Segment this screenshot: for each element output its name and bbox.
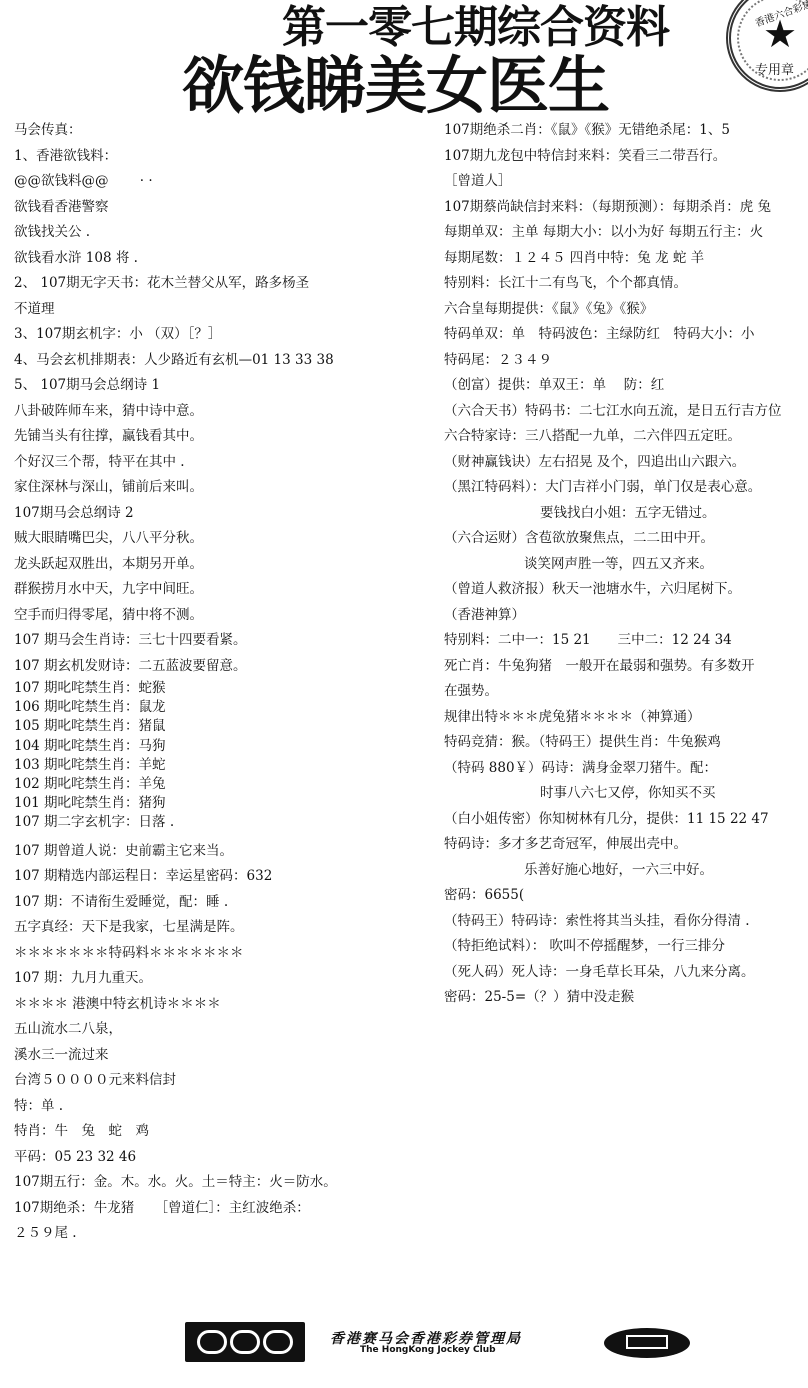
star-icon: ★ <box>763 15 797 53</box>
text-line: ［曾道人］ <box>444 169 808 195</box>
text-line: （曾道人救济报）秋天一池塘水牛，六归尾树下。 <box>444 577 808 603</box>
text-line: 在强势。 <box>444 679 808 705</box>
page-subtitle: 欲钱睇美女医生 <box>182 52 609 120</box>
text-line: ２５９尾 . <box>14 1221 434 1247</box>
list-item: 104 期叱咤禁生肖：马狗 <box>14 737 434 756</box>
text-line: 不道理 <box>14 297 434 323</box>
text-line: 特码诗：多才多艺奇冠军，伸展出壳中。 <box>444 832 808 858</box>
text-line: 特别料：二中一：15 21 三中二：12 24 34 <box>444 628 808 654</box>
list-item: 102 期叱咤禁生肖：羊兔 <box>14 775 434 794</box>
poem-line: 八卦破阵师车来，猜中诗中意。 <box>14 399 434 425</box>
text-line: 107 期马会生肖诗：三七十四要看紧。 <box>14 628 434 654</box>
text-line: 107 期精选内部运程日：幸运星密码：632 <box>14 864 434 890</box>
text-line: 4、马会玄机排期表：人少路近有玄机—01 13 33 38 <box>14 348 434 374</box>
page-title: 第一零七期综合资料 <box>282 2 669 54</box>
text-line: 107期绝杀二肖：《鼠》《猴》无错绝杀尾：1、5 <box>444 118 808 144</box>
text-line: （白小姐传密）你知树林有几分，提供：11 15 22 47 <box>444 807 808 833</box>
hkjc-emblem-icon <box>185 1322 305 1362</box>
text-line: 死亡肖：牛兔狗猪 一般开在最弱和强势。有多数开 <box>444 654 808 680</box>
text-line: 特码单双：单 特码波色：主绿防红 特码大小：小 <box>444 322 808 348</box>
list-item: 107 期叱咤禁生肖：蛇猴 <box>14 679 434 698</box>
poem-line: 贼大眼睛嘴巴尖，八八平分秋。 <box>14 526 434 552</box>
text-line: 107 期曾道人说：史前霸主它来当。 <box>14 839 434 865</box>
text-line: （死人码）死人诗：一身毛草长耳朵，八九来分离。 <box>444 960 808 986</box>
text-line: 5、 107期马会总纲诗 1 <box>14 373 434 399</box>
text-line: 107 期玄机发财诗：二五蓝波要留意。 <box>14 654 434 680</box>
text-line: 107 期：九月九重天。 <box>14 966 434 992</box>
text-line: 欲钱看水浒 108 将 . <box>14 246 434 272</box>
text-line: 2、 107期无字天书：花木兰替父从军，路多杨圣 <box>14 271 434 297</box>
text-line: 每期单双：主单 每期大小：以小为好 每期五行主：火 <box>444 220 808 246</box>
text-line: （创富）提供：单双王：单 防：红 <box>444 373 808 399</box>
text-line: 每期尾数：１２４５ 四肖中特：兔 龙 蛇 羊 <box>444 246 808 272</box>
lottery-emblem-icon <box>604 1328 690 1358</box>
text-line: 欲钱看香港警察 <box>14 195 434 221</box>
text-line: 特码尾：２３４９ <box>444 348 808 374</box>
ban-zodiac-list: 107 期叱咤禁生肖：蛇猴 106 期叱咤禁生肖：鼠龙 105 期叱咤禁生肖：猪… <box>14 679 434 833</box>
poem-line: 溪水三一流过来 <box>14 1043 434 1069</box>
list-item: 101 期叱咤禁生肖：猪狗 <box>14 794 434 813</box>
list-item: 106 期叱咤禁生肖：鼠龙 <box>14 698 434 717</box>
list-item: 107 期二字玄机字：日落 . <box>14 813 434 832</box>
text-line: （六合运财）含苞欲放聚焦点，二二田中开。 <box>444 526 808 552</box>
text-line: 特别料：长江十二有鸟飞，个个都真情。 <box>444 271 808 297</box>
text-line: 特：单 . <box>14 1094 434 1120</box>
text-line: 特肖：牛 兔 蛇 鸡 <box>14 1119 434 1145</box>
text-line: 五字真经：天下是我家，七星满是阵。 <box>14 915 434 941</box>
text-line: 欲钱找关公 . <box>14 220 434 246</box>
text-line: 特码竞猜：猴。（特码王）提供生肖：牛兔猴鸡 <box>444 730 808 756</box>
text-line: 107期马会总纲诗 2 <box>14 501 434 527</box>
text-line: 1、香港欲钱料： <box>14 144 434 170</box>
text-line: 马会传真： <box>14 118 434 144</box>
org-name-english: The HongKong Jockey Club <box>360 1345 496 1355</box>
text-line: 时事八六七又停，你知买不买 <box>444 781 808 807</box>
list-item: 105 期叱咤禁生肖：猪鼠 <box>14 717 434 736</box>
official-seal-stamp: 香港六合彩透露 ★ 专用章 <box>726 0 808 92</box>
text-line: 台湾５００００元来料信封 <box>14 1068 434 1094</box>
text-line: （黑江特码料）：大门吉祥小门弱，单门仅是表心意。 <box>444 475 808 501</box>
text-line: 平码：05 23 32 46 <box>14 1145 434 1171</box>
list-item: 103 期叱咤禁生肖：羊蛇 <box>14 756 434 775</box>
poem-line: 群猴捞月水中天，九字中间旺。 <box>14 577 434 603</box>
text-line: 107期蔡尚缺信封来料：（每期预测）：每期杀肖：虎 兔 <box>444 195 808 221</box>
poem-line: 五山流水二八泉， <box>14 1017 434 1043</box>
text-line: （香港神算） <box>444 603 808 629</box>
text-line: 107 期：不请衔生爱睡觉，配：睡 . <box>14 890 434 916</box>
text-line: 规律出特＊＊＊虎兔猪＊＊＊＊（神算通） <box>444 705 808 731</box>
footer: 香港赛马会香港彩券管理局 The HongKong Jockey Club <box>0 1322 808 1362</box>
seal-label: 专用章 <box>755 59 794 78</box>
text-line: 要钱找白小姐：五字无错过。 <box>444 501 808 527</box>
text-line: 107期绝杀：牛龙猪 ［曾道仁］：主红波绝杀： <box>14 1196 434 1222</box>
text-line: 谈笑网声胜一等，四五又齐来。 <box>444 552 808 578</box>
left-column: 马会传真： 1、香港欲钱料： @@欲钱料@@ · · 欲钱看香港警察 欲钱找关公… <box>14 118 434 1247</box>
text-line: 六合特家诗：三八搭配一九单，二六伴四五定旺。 <box>444 424 808 450</box>
text-line: 107期九龙包中特信封来料：笑看三二带吾行。 <box>444 144 808 170</box>
text-line: 密码：25-5=（？）猜中没走猴 <box>444 985 808 1011</box>
poem-line: 空手而归得零尾，猜中将不测。 <box>14 603 434 629</box>
text-line: 六合皇每期提供：《鼠》《兔》《猴》 <box>444 297 808 323</box>
right-column: 107期绝杀二肖：《鼠》《猴》无错绝杀尾：1、5 107期九龙包中特信封来料：笑… <box>444 118 808 1011</box>
poem-line: 家住深林与深山，铺前后来叫。 <box>14 475 434 501</box>
section-divider-text: ＊＊＊＊＊＊＊特码料＊＊＊＊＊＊＊ <box>14 941 434 967</box>
text-line: 3、107期玄机字：小 （双）［？］ <box>14 322 434 348</box>
text-line: @@欲钱料@@ · · <box>14 169 434 195</box>
poem-line: 先铺当头有往撑，赢钱看其中。 <box>14 424 434 450</box>
poem-line: 龙头跃起双胜出，本期另开单。 <box>14 552 434 578</box>
section-divider-text: ＊＊＊＊ 港澳中特玄机诗＊＊＊＊ <box>14 992 434 1018</box>
poem-line: 个好汉三个帮，特平在其中 . <box>14 450 434 476</box>
text-line: （特码王）特码诗：索性将其当头挂，看你分得清 . <box>444 909 808 935</box>
text-line: （特码 880￥）码诗：满身金翠刀猪牛。配： <box>444 756 808 782</box>
text-line: 107期五行：金。木。水。火。土＝特主：火＝防水。 <box>14 1170 434 1196</box>
text-line: （六合天书）特码书：二七江水向五流，是日五行吉方位 <box>444 399 808 425</box>
text-line: 密码：6655( <box>444 883 808 909</box>
text-line: （特拒绝试料）： 吹叫不停摇醒梦，一行三排分 <box>444 934 808 960</box>
text-line: （财神赢钱诀）左右招晃 及个，四追出山六跟六。 <box>444 450 808 476</box>
text-line: 乐善好施心地好，一六三中好。 <box>444 858 808 884</box>
